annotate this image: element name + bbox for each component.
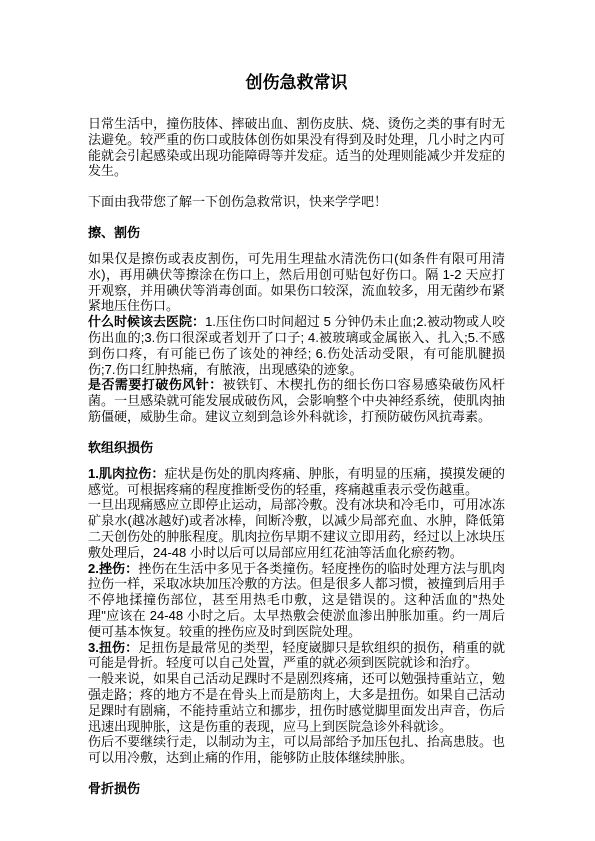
- section-heading-fracture-injury: 骨折损伤: [88, 781, 505, 797]
- paragraph-text: 足扭伤是最常见的类型，轻度崴脚只是软组织的损伤，稍重的就可能是骨折。轻度可以自己…: [88, 640, 505, 671]
- paragraph-contusion: 2.挫伤：挫伤在生活中多见于各类撞伤。轻度挫伤的临时处理方法与肌肉拉伤一样，采取…: [88, 561, 505, 640]
- paragraph-cold-compress: 一旦出现痛感应立即停止运动，局部冷敷。没有冰块和冷毛巾，可用冰冻矿泉水(越冰越好…: [88, 497, 505, 560]
- section-heading-abrasions-cuts: 擦、割伤: [88, 225, 505, 241]
- paragraph-muscle-strain: 1.肌肉拉伤：症状是伤处的肌肉疼痛、肿胀，有明显的压痛，摸摸发硬的感觉。可根据疼…: [88, 466, 505, 498]
- document-page: 创伤急救常识 日常生活中，撞伤肢体、摔破出血、割伤皮肤、烧、烫伤之类的事有时无法…: [0, 0, 595, 841]
- paragraph-text: 下面由我带您了解一下创伤急救常识，快来学学吧！: [88, 194, 387, 209]
- paragraph-when-to-hospital: 什么时候该去医院：1.压住伤口时间超过 5 分钟仍未止血;2.被动物或人咬伤出血…: [88, 314, 505, 377]
- document-title: 创伤急救常识: [88, 71, 505, 94]
- paragraph-sprain: 3.扭伤：足扭伤是最常见的类型，轻度崴脚只是软组织的损伤，稍重的就可能是骨折。轻…: [88, 640, 505, 672]
- paragraph-text: 一般来说，如果自己活动足踝时不是剧烈疼痛，还可以勉强持重站立，勉强走路；疼的地方…: [88, 671, 505, 733]
- paragraph-text: 伤后不要继续行走，以制动为主，可以局部给予加压包扎、抬高患肢。也可以用冷敷，达到…: [88, 734, 505, 765]
- paragraph-text: 如果仅是擦伤或表皮割伤，可先用生理盐水清洗伤口(如条件有限可用清水)，再用碘伏等…: [88, 251, 505, 313]
- paragraph-text: 日常生活中，撞伤肢体、摔破出血、割伤皮肤、烧、烫伤之类的事有时无法避免。较严重的…: [88, 116, 505, 178]
- paragraph-lead: 是否需要打破伤风针：: [88, 377, 223, 392]
- section-heading-soft-tissue-injury: 软组织损伤: [88, 440, 505, 456]
- paragraph-tetanus-shot: 是否需要打破伤风针：被铁钉、木楔扎伤的细长伤口容易感染破伤风杆菌。一旦感染就可能…: [88, 377, 505, 424]
- intro-paragraph-1: 日常生活中，撞伤肢体、摔破出血、割伤皮肤、烧、烫伤之类的事有时无法避免。较严重的…: [88, 116, 505, 179]
- paragraph-lead: 什么时候该去医院：: [88, 314, 205, 329]
- paragraph-lead: 3.扭伤：: [88, 640, 138, 655]
- paragraph-abrasion-treatment: 如果仅是擦伤或表皮割伤，可先用生理盐水清洗伤口(如条件有限可用清水)，再用碘伏等…: [88, 251, 505, 314]
- intro-paragraph-2: 下面由我带您了解一下创伤急救常识，快来学学吧！: [88, 194, 505, 210]
- paragraph-sprain-aftercare: 伤后不要继续行走，以制动为主，可以局部给予加压包扎、抬高患肢。也可以用冷敷，达到…: [88, 734, 505, 766]
- paragraph-lead: 1.肌肉拉伤：: [88, 466, 164, 481]
- paragraph-text: 一旦出现痛感应立即停止运动，局部冷敷。没有冰块和冷毛巾，可用冰冻矿泉水(越冰越好…: [88, 497, 505, 559]
- paragraph-text: 挫伤在生活中多见于各类撞伤。轻度挫伤的临时处理方法与肌肉拉伤一样，采取冰块加压冷…: [88, 561, 505, 639]
- paragraph-sprain-assessment: 一般来说，如果自己活动足踝时不是剧烈疼痛，还可以勉强持重站立，勉强走路；疼的地方…: [88, 671, 505, 734]
- paragraph-lead: 2.挫伤：: [88, 561, 138, 576]
